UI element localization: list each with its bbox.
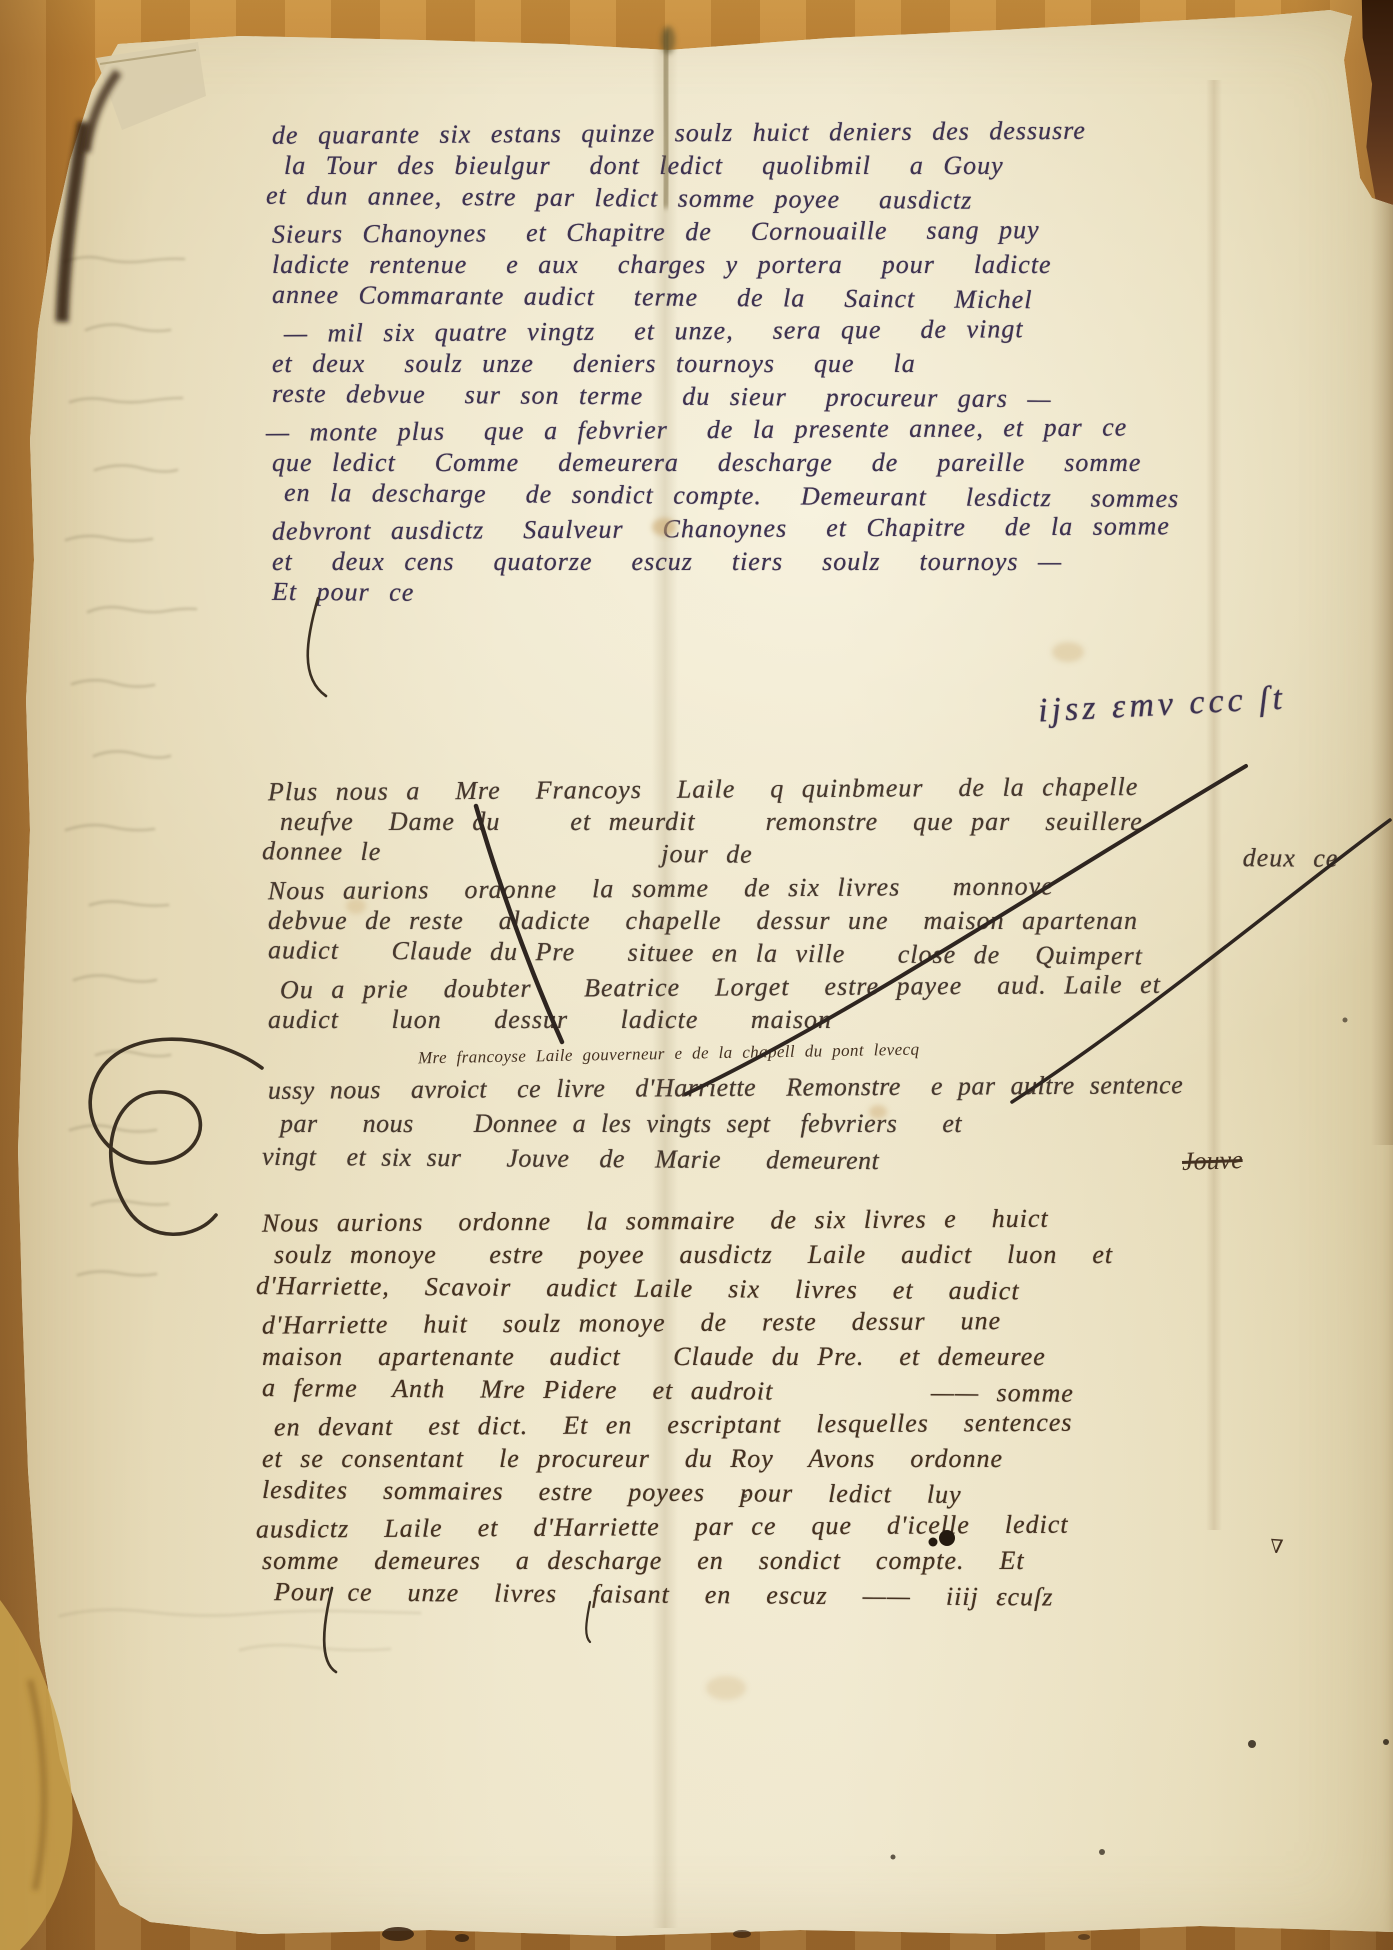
- manuscript-text-line: la Tour des bieulgur dont ledict quolibm…: [284, 149, 1179, 182]
- sum-notation-roman: ijsz ɛmv ccc ſt: [1037, 680, 1287, 731]
- paragraph-3: ussy nous avroict ce livre d'Harriette R…: [268, 1070, 1183, 1178]
- manuscript-text-line: Sieurs Chanoynes et Chapitre de Cornouai…: [272, 212, 1179, 251]
- manuscript-text-line: audict luon dessur ladicte maison: [268, 1003, 1338, 1036]
- manuscript-text-line: ausdictz Laile et d'Harriette par ce que…: [256, 1507, 1113, 1546]
- manuscript-text-line: et deux cens quatorze escuz tiers soulz …: [272, 545, 1179, 578]
- manuscript-text-line: Nous aurions ordonne la sommaire de six …: [262, 1201, 1113, 1240]
- manuscript-text-line: et deux soulz unze deniers tournoys que …: [272, 347, 1179, 380]
- manuscript-text-line: Ou a prie doubter Beatrice Lorget estre …: [280, 967, 1339, 1006]
- manuscript-text-line: a ferme Anth Mre Pidere et audroit —— so…: [262, 1371, 1113, 1411]
- manuscript-text-line: ladicte rentenue e aux charges y portera…: [272, 248, 1179, 281]
- wood-table-dark-corner: [1355, 0, 1393, 210]
- manuscript-text-line: d'Harriette huit soulz monoye de reste d…: [262, 1303, 1113, 1342]
- paragraph-4: Nous aurions ordonne la sommaire de six …: [262, 1204, 1113, 1612]
- right-edge-shadow: [1371, 195, 1393, 1145]
- manuscript-text-line: soulz monoye estre poyee ausdictz Laile …: [274, 1238, 1113, 1272]
- manuscript-text-line: que ledict Comme demeurera descharge de …: [272, 446, 1179, 479]
- photo-of-manuscript: de quarante six estans quinze soulz huic…: [0, 0, 1393, 1950]
- manuscript-text-line: — mil six quatre vingtz et unze, sera qu…: [284, 311, 1179, 349]
- manuscript-text-line: debvront ausdictz Saulveur Chanoynes et …: [272, 509, 1179, 548]
- manuscript-text-line: d'Harriette, Scavoir audict Laile six li…: [256, 1269, 1113, 1309]
- manuscript-text-line: Plus nous a Mre Francoys Laile q quinbme…: [268, 769, 1339, 809]
- manuscript-text-line: ussy nous avroict ce livre d'Harriette R…: [268, 1067, 1183, 1109]
- manuscript-text-line: vingt et six sur Jouve de Marie demeuren…: [262, 1139, 1183, 1181]
- verification-mark: ∇: [1269, 1536, 1284, 1560]
- struck-out-word: Jouve: [1181, 1145, 1243, 1177]
- manuscript-text-line: Et pour ce: [272, 575, 1179, 614]
- manuscript-text-line: Nous aurions ordonne la somme de six liv…: [268, 868, 1339, 908]
- manuscript-text-line: debvue de reste aladicte chapelle dessur…: [268, 904, 1338, 937]
- manuscript-text-line: et se consentant le procureur du Roy Avo…: [262, 1442, 1113, 1476]
- paragraph-1: de quarante six estans quinze soulz huic…: [272, 116, 1179, 611]
- manuscript-text-line: neufve Dame du et meurdit remonstre que …: [280, 805, 1338, 838]
- manuscript-text-line: Pour ce unze livres faisant en escuz —— …: [274, 1575, 1113, 1615]
- paragraph-2-cancelled: Plus nous a Mre Francoys Laile q quinbme…: [268, 772, 1338, 1036]
- manuscript-text-line: en devant est dict. Et en escriptant les…: [274, 1405, 1113, 1444]
- manuscript-text-line: somme demeures a descharge en sondict co…: [262, 1544, 1113, 1578]
- manuscript-text-line: — monte plus que a febvrier de la presen…: [266, 410, 1179, 449]
- manuscript-text-line: maison apartenante audict Claude du Pre.…: [262, 1340, 1113, 1374]
- manuscript-text-line: par nous Donnee a les vingts sept febvri…: [280, 1106, 1183, 1142]
- manuscript-page: de quarante six estans quinze soulz huic…: [0, 0, 1393, 1950]
- manuscript-text-line: lesdites sommaires estre poyees pour led…: [262, 1473, 1113, 1513]
- manuscript-text-line: de quarante six estans quinze soulz huic…: [272, 113, 1179, 152]
